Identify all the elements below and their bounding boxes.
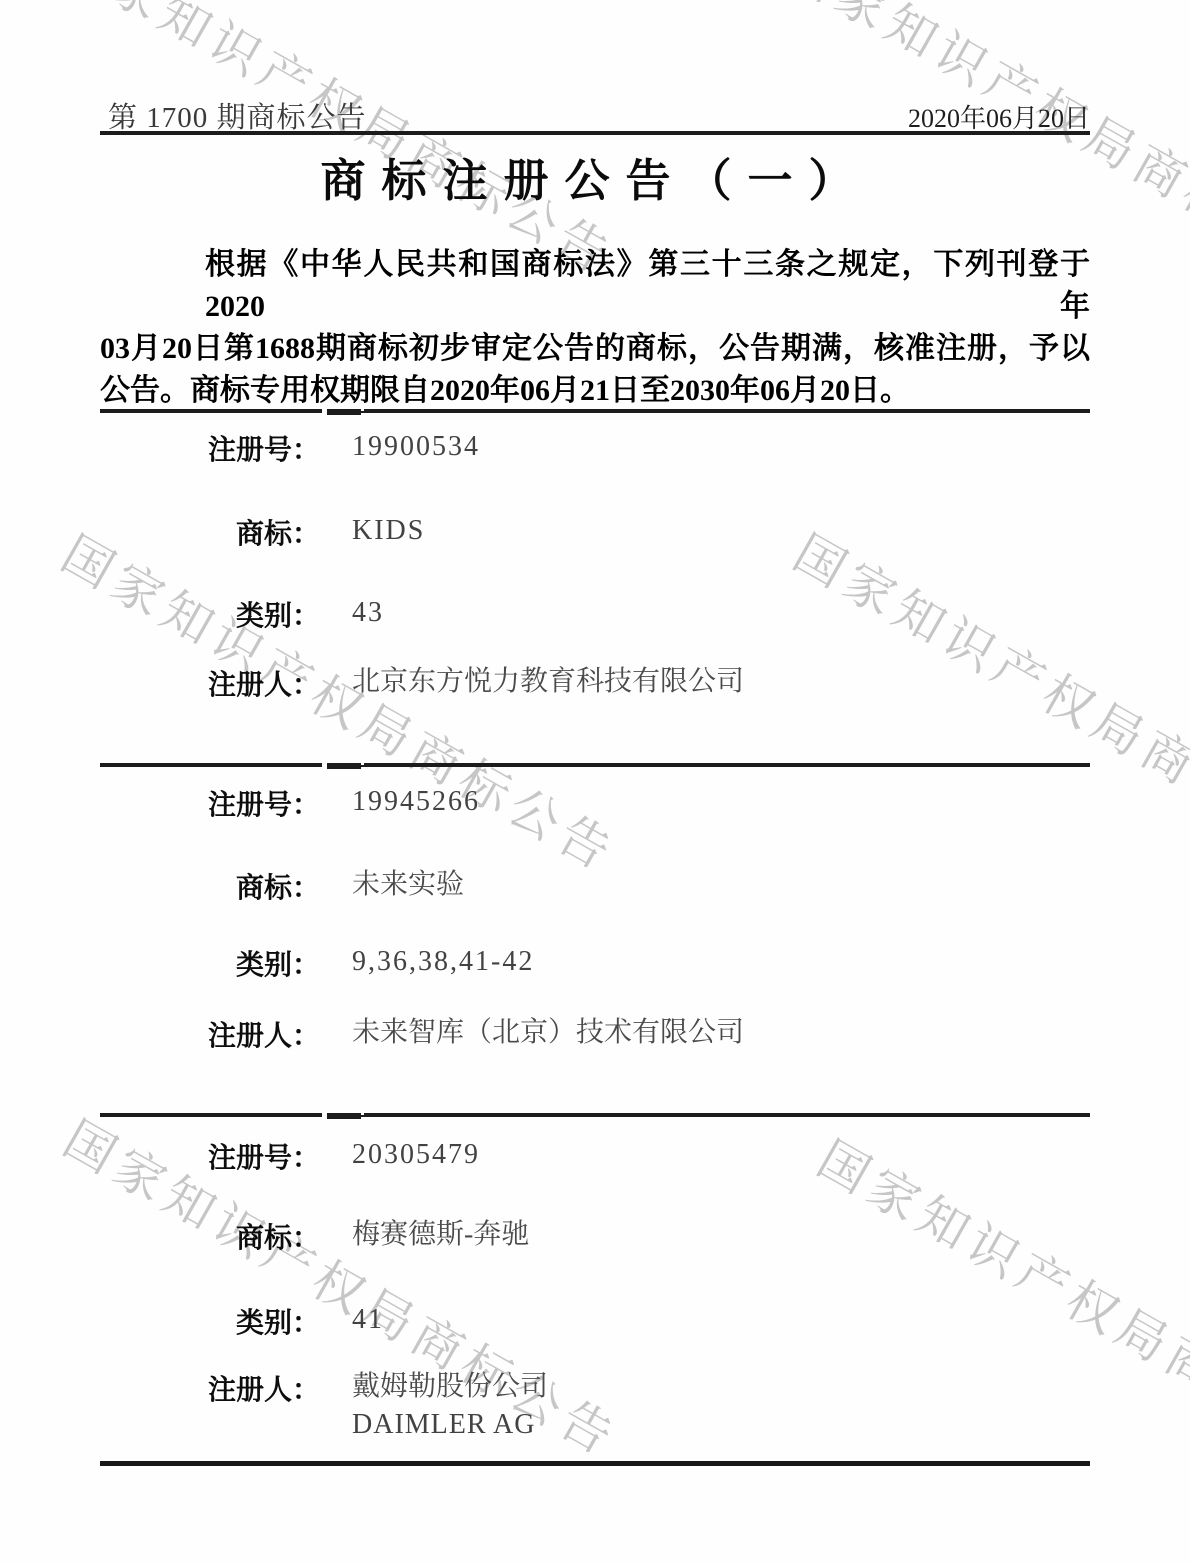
page-title: 商标注册公告（一） xyxy=(100,144,1090,209)
reg-no-label: 注册号： xyxy=(100,1136,320,1176)
trademark-value: 未来实验 xyxy=(352,866,464,904)
category-value: 41 xyxy=(352,1301,384,1339)
trademark-value: KIDS xyxy=(352,512,425,550)
intro-line-1: 根据《中华人民共和国商标法》第三十三条之规定，下列刊登于2020年 xyxy=(100,244,1090,328)
reg-no-value: 19945266 xyxy=(352,783,480,821)
scan-artifact xyxy=(361,409,364,411)
registrant-value: 戴姆勒股份公司 DAIMLER AG xyxy=(352,1368,548,1444)
category-label: 类别： xyxy=(100,943,320,983)
category-label: 类别： xyxy=(100,1301,320,1341)
registrant-value: 未来智库（北京）技术有限公司 xyxy=(352,1014,744,1052)
trademark-label: 商标： xyxy=(100,1216,320,1256)
intro-line-3: 公告。商标专用权期限自2020年06月21日至2030年06月20日。 xyxy=(100,370,1090,412)
category-value: 9,36,38,41-42 xyxy=(352,943,534,981)
gazette-date: 2020年06月20日 xyxy=(100,98,1090,135)
category-label: 类别： xyxy=(100,594,320,634)
separator-line xyxy=(100,409,1090,413)
scan-artifact xyxy=(327,1115,361,1119)
scan-artifact xyxy=(327,765,361,769)
registrant-name-en: DAIMLER AG xyxy=(352,1406,548,1444)
separator-line xyxy=(100,1113,1090,1117)
document-page: 国家知识产权局商标公告 国家知识产权局商标公告 国家知识产权局商标公告 国家知识… xyxy=(0,0,1190,1564)
trademark-value: 梅赛德斯-奔驰 xyxy=(352,1216,529,1254)
watermark-text: 国家知识产权局商标公告 xyxy=(783,514,1190,885)
registrant-value: 北京东方悦力教育科技有限公司 xyxy=(352,663,744,701)
scan-artifact xyxy=(361,1113,364,1115)
registrant-label: 注册人： xyxy=(100,1014,320,1054)
scan-artifact xyxy=(361,763,364,765)
watermark-text: 国家知识产权局商标公告 xyxy=(807,1120,1190,1491)
reg-no-value: 19900534 xyxy=(352,428,480,466)
intro-paragraph: 根据《中华人民共和国商标法》第三十三条之规定，下列刊登于2020年 03月20日… xyxy=(100,244,1090,412)
registrant-name-cn: 戴姆勒股份公司 xyxy=(352,1371,548,1402)
registrant-label: 注册人： xyxy=(100,663,320,703)
separator-line xyxy=(100,763,1090,767)
reg-no-label: 注册号： xyxy=(100,783,320,823)
trademark-label: 商标： xyxy=(100,866,320,906)
header-rule xyxy=(100,131,1090,135)
category-value: 43 xyxy=(352,594,384,632)
bottom-rule xyxy=(100,1461,1090,1466)
reg-no-label: 注册号： xyxy=(100,428,320,468)
reg-no-value: 20305479 xyxy=(352,1136,480,1174)
registrant-label: 注册人： xyxy=(100,1368,320,1408)
trademark-label: 商标： xyxy=(100,512,320,552)
intro-line-2: 03月20日第1688期商标初步审定公告的商标，公告期满，核准注册，予以 xyxy=(100,328,1090,370)
scan-artifact xyxy=(327,411,361,415)
